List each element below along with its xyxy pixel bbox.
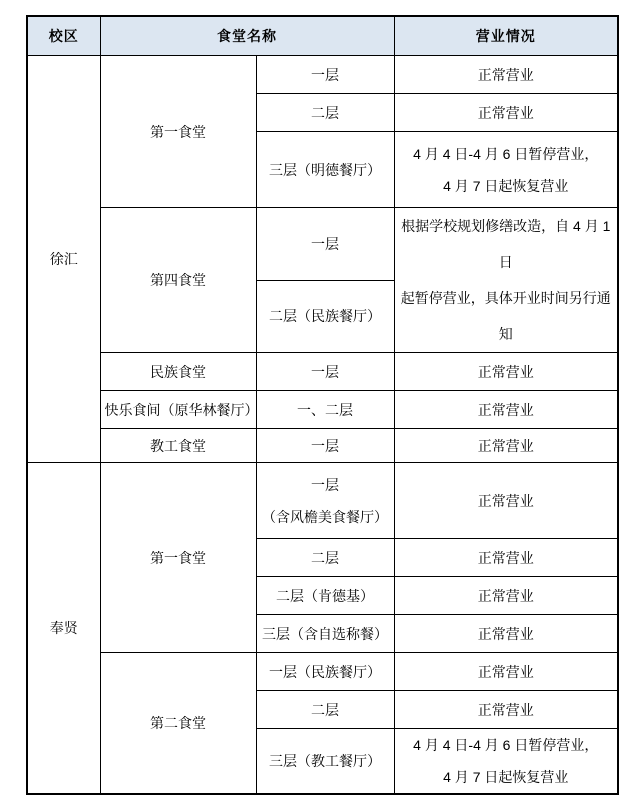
table-row: 教工食堂 一层 正常营业: [27, 429, 618, 463]
table-row: 快乐食间（原华林餐厅） 一、二层 正常营业: [27, 391, 618, 429]
status-cell: 正常营业: [394, 653, 618, 691]
table-row: 民族食堂 一层 正常营业: [27, 353, 618, 391]
floor-line: 一层: [261, 469, 390, 501]
canteen-status-table: 校区 食堂名称 营业情况 徐汇 第一食堂 一层 正常营业 二层 正常营业: [26, 15, 619, 795]
status-cell: 正常营业: [394, 691, 618, 729]
canteen-name-cell: 第四食堂: [100, 208, 256, 353]
table-row: 第四食堂 一层 根据学校规划修缮改造，自 4 月 1 日 起暂停营业，具体开业时…: [27, 208, 618, 281]
canteen-name-cell: 民族食堂: [100, 353, 256, 391]
status-cell: 正常营业: [394, 463, 618, 539]
floor-line: （含风檐美食餐厅）: [261, 501, 390, 533]
floor-cell: 二层: [256, 94, 394, 132]
floor-cell: 一层 （含风檐美食餐厅）: [256, 463, 394, 539]
table-row: 奉贤 第一食堂 一层 （含风檐美食餐厅） 正常营业: [27, 463, 618, 539]
canteen-name-cell: 快乐食间（原华林餐厅）: [100, 391, 256, 429]
canteen-name-cell: 第二食堂: [100, 653, 256, 795]
header-row: 校区 食堂名称 营业情况: [27, 16, 618, 56]
status-line: 4 月 7 日起恢复营业: [399, 170, 614, 202]
status-cell: 正常营业: [394, 391, 618, 429]
floor-cell: 一层: [256, 208, 394, 281]
status-line: 4 月 4 日-4 月 6 日暂停营业，: [399, 729, 614, 761]
status-multiline: 根据学校规划修缮改造，自 4 月 1 日 起暂停营业，具体开业时间另行通知: [399, 208, 614, 352]
floor-cell: 二层: [256, 691, 394, 729]
canteen-table-wrap: 校区 食堂名称 营业情况 徐汇 第一食堂 一层 正常营业 二层 正常营业: [26, 15, 619, 795]
header-canteen-cell: 食堂名称: [100, 16, 394, 56]
campus-cell-xuhui: 徐汇: [27, 56, 100, 463]
canteen-name-cell: 第一食堂: [100, 56, 256, 208]
table-row: 第二食堂 一层（民族餐厅） 正常营业: [27, 653, 618, 691]
floor-cell: 二层: [256, 539, 394, 577]
table-row: 徐汇 第一食堂 一层 正常营业: [27, 56, 618, 94]
campus-cell-fengxian: 奉贤: [27, 463, 100, 795]
status-cell: 正常营业: [394, 577, 618, 615]
floor-cell: 一层: [256, 353, 394, 391]
canteen-name-cell: 第一食堂: [100, 463, 256, 653]
header-status-cell: 营业情况: [394, 16, 618, 56]
status-multiline: 4 月 4 日-4 月 6 日暂停营业， 4 月 7 日起恢复营业: [399, 729, 614, 793]
status-line: 根据学校规划修缮改造，自 4 月 1 日: [399, 208, 614, 280]
status-cell: 4 月 4 日-4 月 6 日暂停营业， 4 月 7 日起恢复营业: [394, 729, 618, 795]
status-cell: 正常营业: [394, 429, 618, 463]
status-line: 起暂停营业，具体开业时间另行通知: [399, 280, 614, 352]
floor-cell: 三层（含自选称餐）: [256, 615, 394, 653]
floor-cell: 一层: [256, 56, 394, 94]
status-cell: 正常营业: [394, 353, 618, 391]
floor-cell: 一、二层: [256, 391, 394, 429]
floor-cell: 二层（民族餐厅）: [256, 280, 394, 353]
page: 校区 食堂名称 营业情况 徐汇 第一食堂 一层 正常营业 二层 正常营业: [0, 0, 642, 731]
floor-cell: 一层（民族餐厅）: [256, 653, 394, 691]
floor-multiline: 一层 （含风檐美食餐厅）: [261, 469, 390, 533]
canteen-name-cell: 教工食堂: [100, 429, 256, 463]
status-cell: 正常营业: [394, 539, 618, 577]
status-multiline: 4 月 4 日-4 月 6 日暂停营业， 4 月 7 日起恢复营业: [399, 138, 614, 202]
header-campus-cell: 校区: [27, 16, 100, 56]
status-line: 4 月 4 日-4 月 6 日暂停营业，: [399, 138, 614, 170]
floor-cell: 二层（肯德基）: [256, 577, 394, 615]
status-cell: 正常营业: [394, 615, 618, 653]
floor-cell: 三层（教工餐厅）: [256, 729, 394, 795]
status-cell: 正常营业: [394, 56, 618, 94]
status-cell: 4 月 4 日-4 月 6 日暂停营业， 4 月 7 日起恢复营业: [394, 132, 618, 208]
floor-cell: 一层: [256, 429, 394, 463]
status-cell: 根据学校规划修缮改造，自 4 月 1 日 起暂停营业，具体开业时间另行通知: [394, 208, 618, 353]
floor-cell: 三层（明德餐厅）: [256, 132, 394, 208]
status-line: 4 月 7 日起恢复营业: [399, 761, 614, 793]
status-cell: 正常营业: [394, 94, 618, 132]
